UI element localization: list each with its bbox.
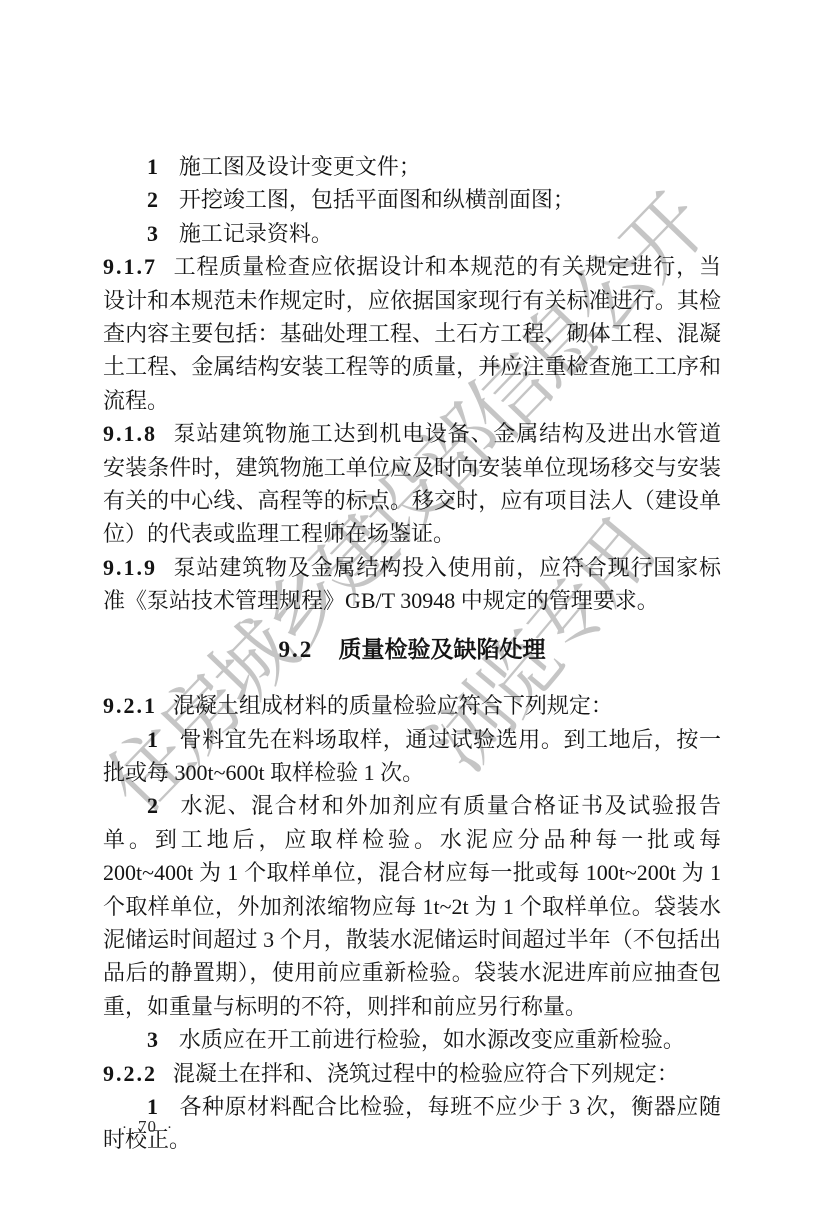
block-number: 1	[147, 1094, 158, 1119]
block-list-item: 1骨料宜先在料场取样，通过试验选用。到工地后，按一批或每 300t~600t 取…	[103, 723, 721, 790]
block-list-item: 1施工图及设计变更文件；	[103, 150, 721, 183]
block-number: 9.2.2	[103, 1061, 157, 1086]
block-number: 3	[147, 1027, 158, 1052]
block-clause: 9.1.7工程质量检查应依据设计和本规范的有关规定进行，当设计和本规范未作规定时…	[103, 250, 721, 417]
block-list-item: 1各种原材料配合比检验，每班不应少于 3 次，衡器应随时校正。	[103, 1090, 721, 1157]
block-text: 混凝土组成材料的质量检验应符合下列规定：	[173, 693, 613, 718]
block-number: 9.1.8	[103, 421, 157, 446]
block-text: 工程质量检查应依据设计和本规范的有关规定进行，当设计和本规范未作规定时，应依据国…	[103, 254, 721, 413]
block-heading: 9.2质量检验及缺陷处理	[103, 633, 721, 666]
block-clause: 9.1.8泵站建筑物施工达到机电设备、金属结构及进出水管道安装条件时，建筑物施工…	[103, 417, 721, 551]
block-number: 1	[147, 727, 158, 752]
block-number: 9.1.9	[103, 555, 157, 580]
block-text: 骨料宜先在料场取样，通过试验选用。到工地后，按一批或每 300t~600t 取样…	[103, 727, 721, 785]
block-number: 3	[147, 221, 158, 246]
block-clause: 9.1.9泵站建筑物及金属结构投入使用前，应符合现行国家标准《泵站技术管理规程》…	[103, 551, 721, 618]
block-number: 9.1.7	[103, 254, 157, 279]
block-list-item: 3水质应在开工前进行检验，如水源改变应重新检验。	[103, 1023, 721, 1056]
block-number: 9.2.1	[103, 693, 157, 718]
block-number: 1	[147, 154, 158, 179]
block-text: 泵站建筑物施工达到机电设备、金属结构及进出水管道安装条件时，建筑物施工单位应及时…	[103, 421, 721, 546]
block-text: 泵站建筑物及金属结构投入使用前，应符合现行国家标准《泵站技术管理规程》GB/T …	[103, 555, 721, 613]
block-text: 开挖竣工图，包括平面图和纵横剖面图；	[179, 187, 575, 212]
page-number-value: 70	[138, 1117, 157, 1136]
page-number: ·70·	[112, 1117, 183, 1137]
page-number-left-dot: ·	[122, 1120, 128, 1136]
block-text: 质量检验及缺陷处理	[339, 637, 546, 662]
text-column: 1施工图及设计变更文件； 2开挖竣工图，包括平面图和纵横剖面图； 3施工记录资料…	[103, 150, 721, 1157]
block-clause: 9.2.1混凝土组成材料的质量检验应符合下列规定：	[103, 689, 721, 722]
block-list-item: 2水泥、混合材和外加剂应有质量合格证书及试验报告单。到工地后，应取样检验。水泥应…	[103, 789, 721, 1023]
block-number: 2	[147, 187, 158, 212]
block-list-item: 3施工记录资料。	[103, 217, 721, 250]
block-text: 混凝土在拌和、浇筑过程中的检验应符合下列规定：	[173, 1061, 679, 1086]
block-list-item: 2开挖竣工图，包括平面图和纵横剖面图；	[103, 183, 721, 216]
block-text: 施工图及设计变更文件；	[179, 154, 421, 179]
block-text: 各种原材料配合比检验，每班不应少于 3 次，衡器应随时校正。	[103, 1094, 721, 1152]
block-text: 水质应在开工前进行检验，如水源改变应重新检验。	[179, 1027, 685, 1052]
block-text: 施工记录资料。	[179, 221, 333, 246]
block-clause: 9.2.2混凝土在拌和、浇筑过程中的检验应符合下列规定：	[103, 1057, 721, 1090]
document-page: 住房城乡建设部信息公开 浏览专用 1施工图及设计变更文件； 2开挖竣工图，包括平…	[0, 0, 824, 1216]
block-number: 9.2	[278, 637, 313, 662]
block-text: 水泥、混合材和外加剂应有质量合格证书及试验报告单。到工地后，应取样检验。水泥应分…	[103, 793, 721, 1018]
page-number-right-dot: ·	[167, 1120, 173, 1136]
block-number: 2	[147, 793, 158, 818]
